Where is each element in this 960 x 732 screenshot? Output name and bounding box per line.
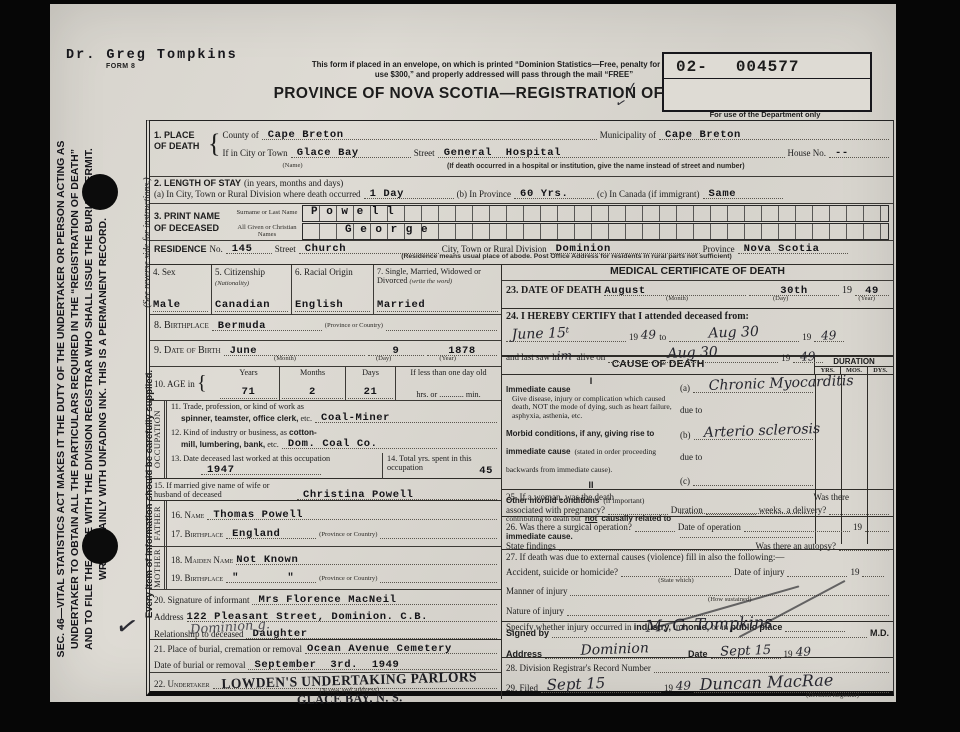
operation-date-label: Date of operation [678,522,741,532]
pregnancy-label-1: 25. If a woman, was the death [506,492,614,502]
registration-number-box: 02-004577 [662,52,872,112]
city-town-value: Glace Bay [297,147,359,159]
father-name-label: 16. Name [171,510,204,520]
trade-label: 11. Trade, profession, or kind of work a… [171,402,497,411]
last-worked-label: 13. Date deceased last worked at this oc… [171,454,378,463]
citizenship-label: 5. Citizenship(Nationality) [215,267,288,288]
street-value: General Hospital [444,147,561,159]
cause-c-label: (c) [680,476,690,486]
informant-value: Mrs Florence MacNeil [258,594,396,606]
section-birthplace: 8. Birthplace Bermuda (Province or Count… [150,315,501,341]
county-label: County of [222,130,258,140]
pregnancy-weeks-label: weeks. [759,505,784,515]
residence-no-value: 145 [232,243,253,255]
marital-status-sub: (write the word) [410,278,453,285]
section-informant: 20. Signature of informant Mrs Florence … [150,590,501,640]
lastsaw-label: and last saw him alive on [506,349,605,363]
length-of-stay-subtitle: (in years, months and days) [244,178,343,188]
informant-label: 20. Signature of informant [154,595,249,605]
mother-birthplace-ditto: " " [232,572,294,584]
section-4-7: 4. Sex Male 5. Citizenship(Nationality) … [150,265,501,315]
mother-birthplace-sub: (Province or Country) [319,576,377,583]
burial-date-value: September 3rd. 1949 [254,659,399,671]
pregnancy-label-2: associated with pregnancy? [506,505,605,515]
certify-to-year-prefix: 19 [802,332,811,342]
section-date-of-birth: 9. Date of Birth June 9 1878 (Month) (Da… [150,341,501,367]
registration-number: 02-004577 [664,54,870,79]
punch-hole-bottom [82,528,118,564]
birthplace-label: 8. Birthplace [154,320,209,331]
house-no-value: -- [835,147,849,159]
given-names-label: All Given or Christian Names [236,225,298,238]
municipality-label: Municipality of [600,130,656,140]
father-birthplace-label: 17. Birthplace [171,529,223,539]
immediate-cause-desc: Give disease, injury or complication whi… [506,395,676,421]
external-causes-label: 27. If death was due to external causes … [506,552,889,562]
medical-certificate-column: MEDICAL CERTIFICATE OF DEATH 23. DATE OF… [502,265,893,699]
occupation-vertical-label: OCCUPATION [150,401,167,478]
age-less-label: If less than one day old [398,368,499,377]
burial-place-value: Ocean Avenue Cemetery [307,643,452,655]
pregnancy-duration-label: Duration [671,505,703,515]
section-last-worked: 13. Date deceased last worked at this oc… [167,453,383,479]
death-day-value: 30th [749,285,839,297]
birth-year-value: 1878 [427,345,497,357]
cause-a-label: (a) [680,383,690,393]
cause-b-label: (b) [680,430,691,440]
birth-day-value: 9 [368,345,424,357]
residence-no-label: No. [210,244,223,254]
mailing-note-line2: use $300,” and properly addressed will p… [375,70,633,79]
signed-address-value: Dominion [544,639,684,660]
cause-of-death-box: CAUSE OF DEATH DURATION YRS. MOS. DYS. [502,356,893,490]
death-year-value: 49 [855,285,889,297]
punch-hole-top [82,174,118,210]
section-record-number: 28. Division Registrar's Record Number [502,658,893,675]
mother-group: MOTHER 18. Maiden Name Not Known 19. Bir… [150,547,501,590]
section-industry: 12. Kind of industry or business, as cot… [167,427,501,453]
residence-division-value: Dominion [556,243,611,255]
personal-details-column: 4. Sex Male 5. Citizenship(Nationality) … [150,265,502,699]
section-undertaker: 22. Undertaker LOWDEN'S UNDERTAKING PARL… [150,673,501,701]
birth-month-sub: (Month) [274,356,296,363]
doctor-annotation: Dr. Greg Tompkins [66,48,238,63]
city-name-sub: (Name) [282,163,302,170]
given-names-value: George [345,224,436,236]
pregnancy-wasthere: Was there [813,492,849,502]
racial-origin-value: English [295,299,370,312]
house-no-label: House No. [788,148,827,158]
surname-letter-grid: Powell [302,205,889,222]
section-burial: 21. Place of burial, cremation or remova… [150,640,501,673]
morbid-conditions-label: Morbid conditions, if any, giving rise t… [506,423,676,477]
mailing-note-line1: This form if placed in an envelope, on w… [312,60,696,69]
section-trade: 11. Trade, profession, or kind of work a… [167,401,501,427]
birthplace-sub: (Province or Country) [325,323,383,331]
lastsaw-year: 49 [793,349,823,364]
signed-year-value: 49 [795,644,811,659]
date-of-birth-label: 9. Date of Birth [154,345,221,356]
sidebar-statute-text: SEC. 46—VITAL STATISTICS ACT MAKES IT TH… [55,139,141,659]
residence-label: RESIDENCE [154,244,207,254]
section-place-of-death: 1. PLACE OF DEATH { County of Cape Breto… [150,121,893,177]
death-year-prefix: 19 [842,285,852,296]
street-label: Street [414,148,435,158]
father-vertical-label: FATHER [150,501,167,546]
section-length-of-stay: 2. LENGTH OF STAY (in years, months and … [150,177,893,204]
registrar-signature: Duncan MacRae [700,670,834,694]
section-certify: 24. I HEREBY CERTIFY that I attended dec… [502,309,893,356]
registration-form: 1. PLACE OF DEATH { County of Cape Breto… [146,120,894,696]
operation-year-prefix: 19 [853,522,862,532]
death-month-sub: (Month) [666,296,688,303]
section-residence: RESIDENCE No. 145 Street Church City, To… [150,241,893,265]
father-birthplace-value: England [232,528,280,540]
section-filed: 29. Filed Sept 15 1949 Duncan MacRae (Di… [502,675,893,700]
certify-to-value: Aug 30 [669,322,799,343]
birthplace-value: Bermuda [218,320,266,332]
accident-label: Accident, suicide or homicide? [506,567,618,577]
operation-label: 26. Was there a surgical operation? [506,522,632,532]
form-number-label: FORM 8 [106,63,135,70]
industry-value: Dom. Coal Co. [288,438,378,450]
marital-status-value: Married [377,299,498,312]
injury-date-label: Date of injury [734,567,784,577]
certify-from-year-prefix: 19 [629,332,638,342]
injury-year-prefix: 19 [850,567,859,577]
certify-from-year: 49 [641,327,657,342]
surname-label: Surname or Last Name [236,210,298,217]
residence-street-label: Street [275,244,296,254]
marital-status-label: 7. Single, Married, Widowed or Divorced … [377,267,498,286]
section-spouse: 15. If married give name of wife or husb… [150,479,501,501]
stay-c-label: (c) In Canada (if immigrant) [597,189,699,199]
residence-note: (Residence means usual place of abode. P… [244,254,889,261]
filed-date-value: Sept 15 [546,674,605,694]
trade-label-b: spinner, teamster, office clerk, etc. [181,414,312,423]
registration-number-value: 004577 [736,58,800,76]
mother-birthplace-label: 19. Birthplace [171,573,223,583]
citizenship-value: Canadian [215,299,288,312]
cause-dueto2-label: due to [680,452,702,462]
informant-address-label: Address [154,612,184,622]
residence-province-value: Nova Scotia [744,243,820,255]
burial-date-label: Date of burial or removal [154,660,245,670]
certify-from-value: June 15ᵗ [511,325,569,343]
filed-year-value: 49 [676,678,692,693]
citizenship-sub: (Nationality) [215,280,249,287]
section-total-years: 14. Total yrs. spent in this occupation … [383,453,501,479]
how-sustained-sub: (How sustained) [570,597,889,604]
hospital-note: (If death occurred in a hospital or inst… [303,163,889,170]
registration-number-prefix: 02- [676,58,708,76]
record-number-label: 28. Division Registrar's Record Number [506,663,651,673]
mother-maiden-label: 18. Maiden Name [171,555,233,565]
last-worked-value: 1947 [207,464,235,476]
length-of-stay-label: 2. LENGTH OF STAY [154,178,241,188]
stay-c-value: Same [709,188,737,200]
pregnancy-delivery-label: a delivery? [787,505,827,515]
given-names-letter-grid: George [302,223,889,240]
stay-b-label: (b) In Province [457,189,511,199]
place-of-death-label: 1. PLACE OF DEATH [154,122,206,176]
brace: { [208,122,220,176]
age-months-value: 2 [282,386,343,399]
section-print-name: 3. PRINT NAME OF DECEASED Surname or Las… [150,204,893,241]
stay-b-value: 60 Yrs. [520,188,568,200]
section-date-of-death: 23. DATE OF DEATH August 30th 19 49 (Mon… [502,281,893,309]
residence-street-value: Church [305,243,346,255]
mother-vertical-label: MOTHER [150,547,167,589]
registration-box-caption: For use of the Department only [662,110,868,119]
cause-dueto1-label: due to [680,405,702,415]
industry-label-b: mill, lumbering, bank, etc. [181,440,279,449]
section-signed: Signed by M. G. Tompkins M.D. Address Do… [502,622,893,658]
md-label: M.D. [870,628,889,638]
filed-year-prefix: 19 [664,683,673,693]
sex-value: Male [153,299,208,312]
age-label: 10. AGE in { [150,367,218,400]
section-pregnancy: 25. If a woman, was the death Was there … [502,490,893,517]
cause-b-value: Arterio sclerosis [703,420,820,440]
nature-label: Nature of injury [506,606,564,616]
industry-label: 12. Kind of industry or business, as cot… [171,428,497,437]
undertaker-stamp: LOWDEN'S UNDERTAKING PARLORS (Name and a… [200,669,500,709]
manner-label: Manner of injury [506,586,567,596]
filed-label: 29. Filed [506,683,538,693]
surname-value: Powell [311,206,402,218]
age-months-label: Months [282,368,343,377]
mother-maiden-value: Not Known [236,554,298,566]
sex-label: 4. Sex [153,267,208,277]
father-group: FATHER 16. Name Thomas Powell 17. Birthp… [150,501,501,547]
father-birthplace-sub: (Province or Country) [319,532,377,539]
certify-to-label: to [659,332,666,342]
stay-a-value: 1 Day [370,188,405,200]
death-month-value: August [604,285,645,297]
county-value: Cape Breton [268,129,344,141]
total-years-value: 45 [479,465,493,477]
division-registrar-sub: (Division Registrar) [506,693,859,700]
age-days-value: 21 [348,386,393,399]
spouse-value: Christina Powell [303,489,413,501]
section-age: 10. AGE in { Years71 Months2 Days21 If l… [150,367,501,401]
trade-value: Coal-Miner [321,412,390,424]
medical-certificate-title: MEDICAL CERTIFICATE OF DEATH [502,265,893,281]
age-years-value: 71 [220,386,277,399]
certify-to-year: 49 [814,328,844,343]
burial-place-label: 21. Place of burial, cremation or remova… [154,644,302,654]
stay-a-label: (a) In City, Town or Rural Division wher… [154,189,361,199]
duration-col-dys: DYS. [868,367,893,374]
date-of-death-label: 23. DATE OF DEATH [506,285,601,296]
birth-month-value: June [230,345,258,357]
age-years-label: Years [220,368,277,377]
spouse-label: 15. If married give name of wife or husb… [154,481,294,500]
father-name-value: Thomas Powell [213,509,303,521]
lastsaw-year-prefix: 19 [781,353,790,363]
lastsaw-value: Aug 30 [608,342,778,364]
racial-origin-label: 6. Racial Origin [295,267,370,277]
signed-by-label: Signed by [506,628,549,638]
section-operation: 26. Was there a surgical operation? Date… [502,517,893,550]
age-less-sub: hrs. or ............ min. [398,390,499,399]
certify-label: 24. I HEREBY CERTIFY that I attended dec… [506,311,889,322]
city-town-label: If in City or Town [222,148,287,158]
age-days-label: Days [348,368,393,377]
municipality-value: Cape Breton [665,129,741,141]
print-name-label: 3. PRINT NAME OF DECEASED [154,211,232,234]
occupation-group: OCCUPATION 11. Trade, profession, or kin… [150,401,501,479]
certificate-paper: SEC. 46—VITAL STATISTICS ACT MAKES IT TH… [50,4,896,702]
